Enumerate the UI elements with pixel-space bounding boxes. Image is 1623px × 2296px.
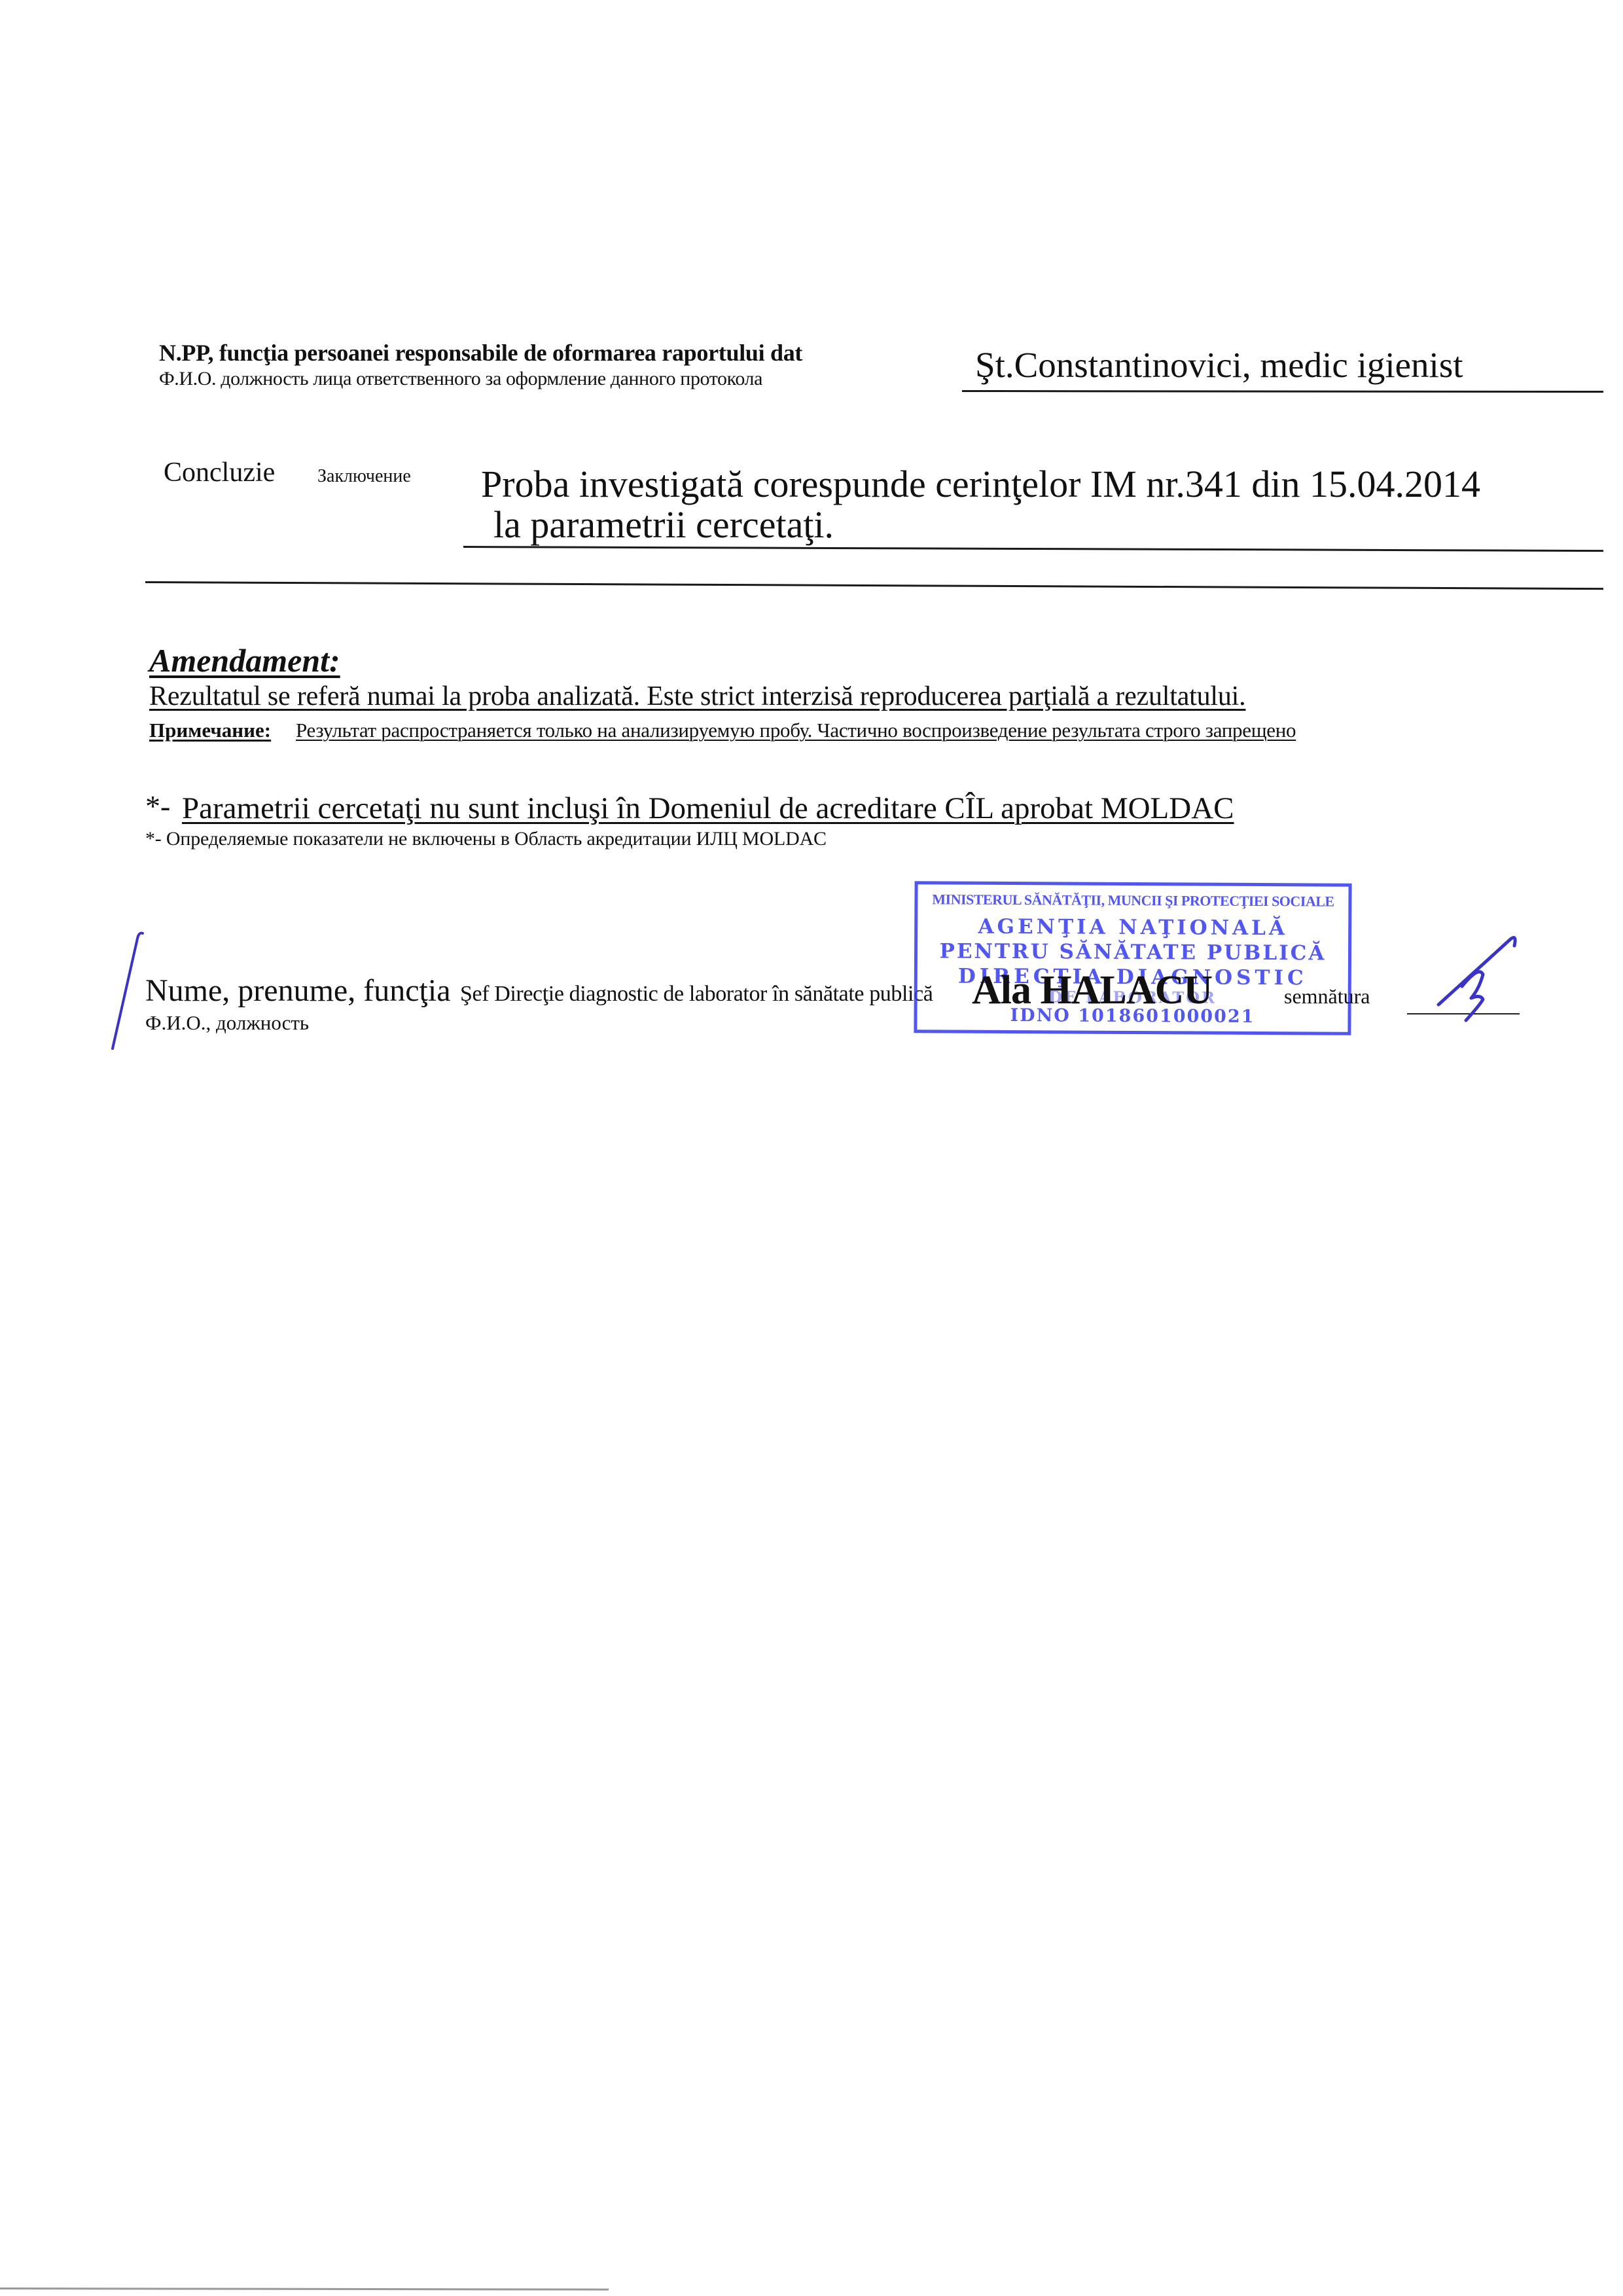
accreditation-text-ru: *- Определяемые показатели не включены в… (145, 828, 827, 850)
accreditation-marker: *- (145, 789, 170, 823)
stamp-public-health-line: PENTRU SĂNĂTATE PUBLICĂ (918, 939, 1348, 965)
signatory-label: Nume, prenume, funcţia (145, 973, 451, 1009)
pen-margin-stroke-icon (105, 929, 151, 1054)
conclusion-underline-1 (463, 546, 1603, 552)
stamp-ministry-line: MINISTERUL SĂNĂTĂŢII, MUNCII ŞI PROTECŢI… (921, 891, 1344, 910)
signatory-label-ru: Ф.И.О., должность (145, 1011, 309, 1035)
conclusion-text-line2: la parametrii cercetaţi. (493, 503, 834, 547)
responsible-person-underline (962, 390, 1603, 393)
responsible-person-label-ru: Ф.И.О. должность лица ответственного за … (159, 368, 762, 390)
signatory-name: Ala HALACU (972, 967, 1212, 1014)
conclusion-label: Concluzie (164, 457, 275, 488)
responsible-person-label: N.PP, funcţia persoanei responsabile de … (159, 339, 802, 367)
conclusion-label-ru: Заключение (317, 466, 411, 487)
conclusion-text-line1: Proba investigată corespunde cerinţelor … (481, 462, 1480, 506)
amendment-title: Amendament: (149, 641, 340, 679)
handwritten-signature-icon (1433, 926, 1525, 1024)
accreditation-text-ro: Parametrii cercetaţi nu sunt incluşi în … (182, 791, 1234, 826)
amendment-label-ru: Примечание: (149, 719, 271, 742)
scan-edge-line (0, 2287, 609, 2291)
signature-label: semnătura (1284, 984, 1370, 1009)
signatory-position: Şef Direcţie diagnostic de laborator în … (460, 982, 933, 1007)
amendment-text-ru: Результат распространяется только на ана… (296, 719, 1296, 742)
conclusion-underline-2 (145, 581, 1603, 590)
responsible-person-value: Şt.Constantinovici, medic igienist (975, 344, 1463, 386)
stamp-agency-line: AGENŢIA NAŢIONALĂ (918, 914, 1348, 940)
amendment-text-ro: Rezultatul se referă numai la proba anal… (149, 681, 1245, 712)
